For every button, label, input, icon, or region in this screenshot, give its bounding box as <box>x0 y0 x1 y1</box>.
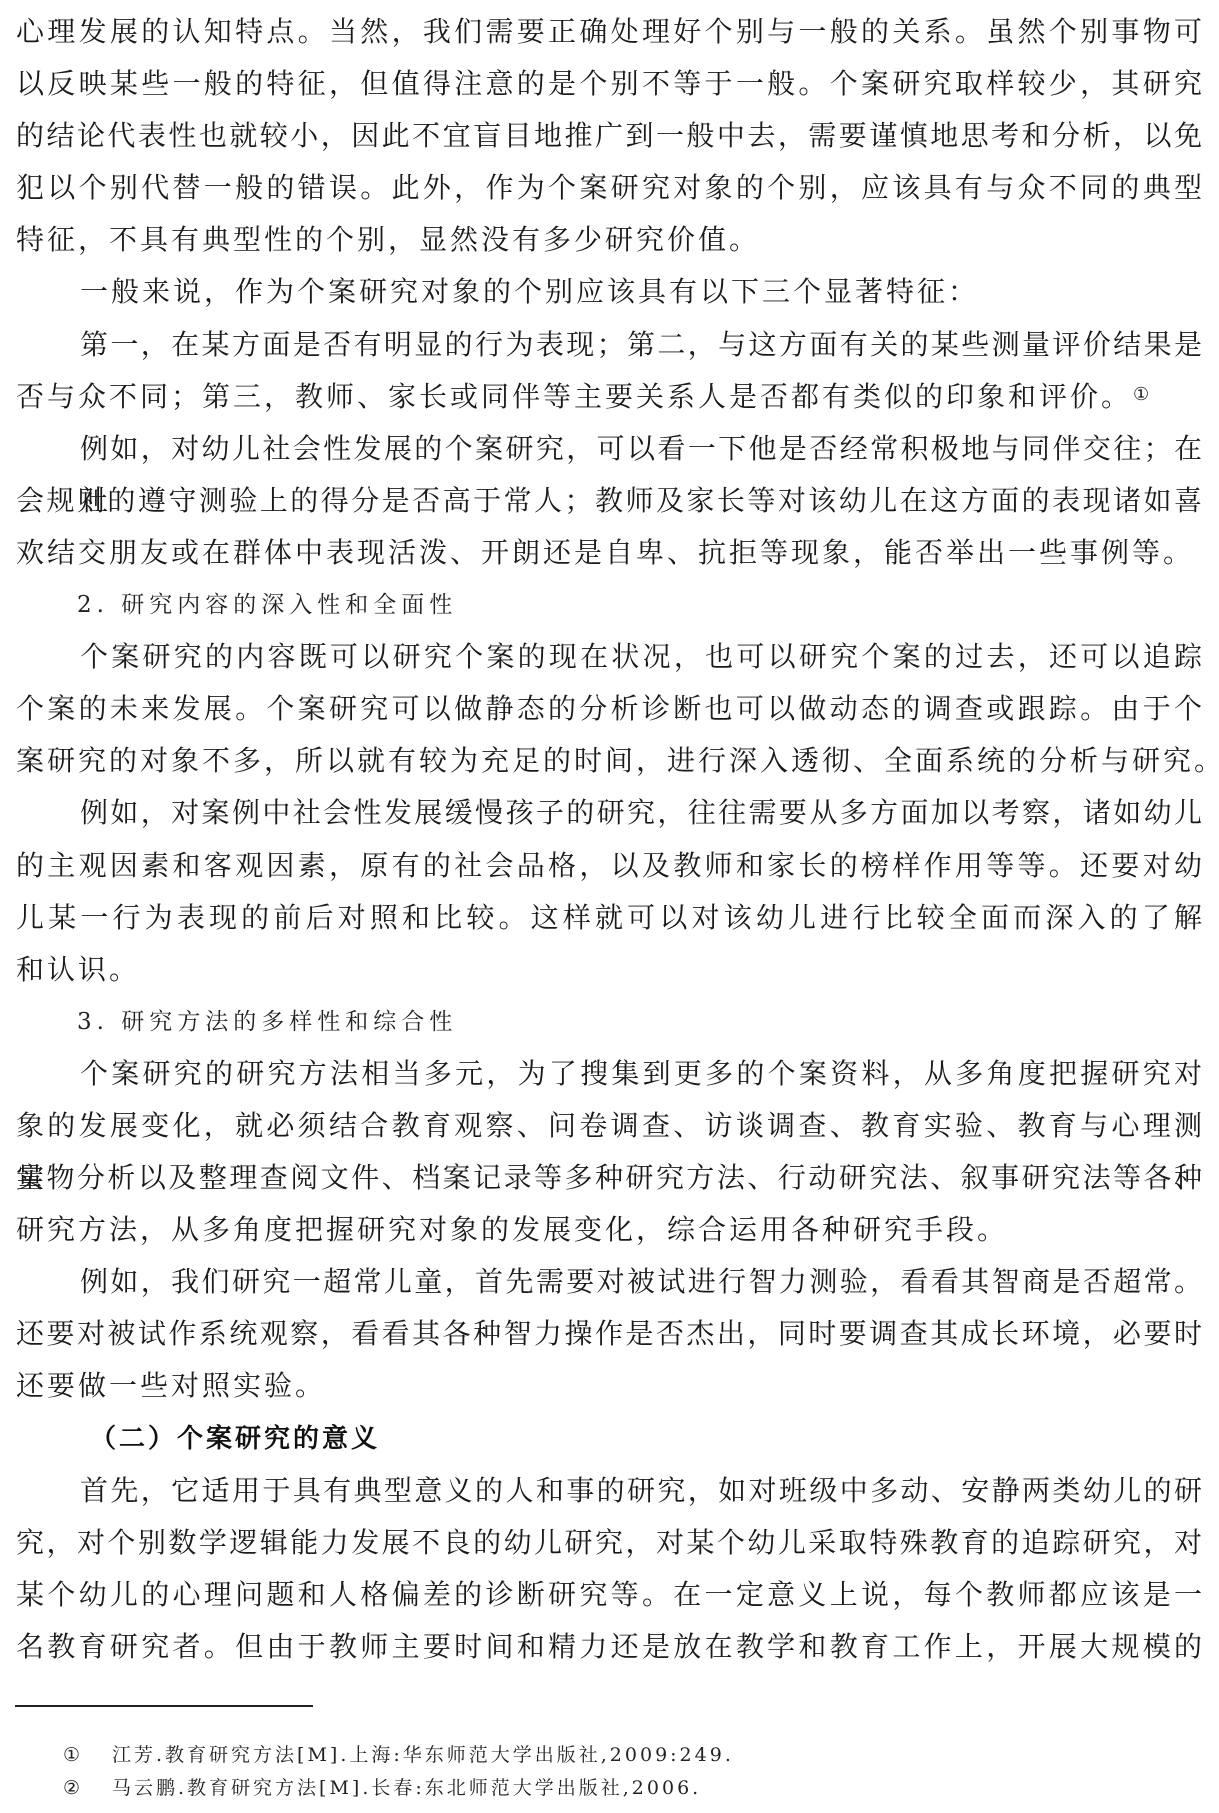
text-line-content: 案研究的对象不多，所以就有较为充足的时间，进行深入透彻、全面系统的分析与研究。 <box>16 744 1219 777</box>
text-line: 会规则的遵守测验上的得分是否高于常人；教师及家长等对该幼儿在这方面的表现诸如喜 <box>16 475 1204 527</box>
paragraph: 心理发展的认知特点。当然，我们需要正确处理好个别与一般的关系。虽然个别事物可 以… <box>16 6 1204 266</box>
paragraph: 一般来说，作为个案研究对象的个别应该具有以下三个显著特征： <box>16 266 1204 318</box>
footnote-1: ① 江芳.教育研究方法[M].上海:华东师范大学出版社,2009:249. <box>0 1740 1219 1770</box>
paragraph: 例如，对案例中社会性发展缓慢孩子的研究，往往需要从多方面加以考察，诸如幼儿 的主… <box>16 787 1204 995</box>
footnote-divider <box>15 1705 313 1707</box>
text-line-content: 否与众不同；第三，教师、家长或同伴等主要关系人是否都有类似的印象和评价。 <box>16 380 1132 413</box>
text-line: 案研究的对象不多，所以就有较为充足的时间，进行深入透彻、全面系统的分析与研究。② <box>16 735 1204 787</box>
footnote-text: 江芳.教育研究方法[M].上海:华东师范大学出版社,2009:249. <box>112 1740 734 1770</box>
text-line: 儿某一行为表现的前后对照和比较。这样就可以对该幼儿进行比较全面而深入的了解 <box>16 892 1204 944</box>
text-line: 心理发展的认知特点。当然，我们需要正确处理好个别与一般的关系。虽然个别事物可 <box>16 6 1204 58</box>
footnote-marker: ① <box>63 1740 80 1770</box>
text-line: 例如，我们研究一超常儿童，首先需要对被试进行智力测验，看看其智商是否超常。 <box>16 1256 1204 1308</box>
text-line: 首先，它适用于具有典型意义的人和事的研究，如对班级中多动、安静两类幼儿的研 <box>16 1465 1204 1517</box>
text-line: 第一，在某方面是否有明显的行为表现；第二，与这方面有关的某些测量评价结果是 <box>16 319 1204 371</box>
text-line: 还要做一些对照实验。 <box>16 1360 1204 1412</box>
paragraph: 首先，它适用于具有典型意义的人和事的研究，如对班级中多动、安静两类幼儿的研 究，… <box>16 1465 1204 1673</box>
subheading: 2. 研究内容的深入性和全面性 <box>16 579 1204 631</box>
text-line: 例如，对幼儿社会性发展的个案研究，可以看一下他是否经常积极地与同伴交往；在社 <box>16 423 1204 475</box>
paragraph: 例如，对幼儿社会性发展的个案研究，可以看一下他是否经常积极地与同伴交往；在社 会… <box>16 423 1204 579</box>
text-line: 和认识。 <box>16 944 1204 996</box>
text-line: 实物分析以及整理查阅文件、档案记录等多种研究方法、行动研究法、叙事研究法等各种 <box>16 1152 1204 1204</box>
footnote-2: ② 马云鹏.教育研究方法[M].长春:东北师范大学出版社,2006. <box>0 1773 1219 1803</box>
text-line: 名教育研究者。但由于教师主要时间和精力还是放在教学和教育工作上，开展大规模的 <box>16 1621 1204 1673</box>
text-line: 个案研究的内容既可以研究个案的现在状况，也可以研究个案的过去，还可以追踪 <box>16 631 1204 683</box>
paragraph: 个案研究的研究方法相当多元，为了搜集到更多的个案资料，从多角度把握研究对 象的发… <box>16 1048 1204 1256</box>
paragraph: 例如，我们研究一超常儿童，首先需要对被试进行智力测验，看看其智商是否超常。 还要… <box>16 1256 1204 1412</box>
document-page: 心理发展的认知特点。当然，我们需要正确处理好个别与一般的关系。虽然个别事物可 以… <box>0 0 1219 1813</box>
text-line: 研究方法，从多角度把握研究对象的发展变化，综合运用各种研究手段。 <box>16 1204 1204 1256</box>
subheading: 3. 研究方法的多样性和综合性 <box>16 996 1204 1048</box>
text-line: 特征，不具有典型性的个别，显然没有多少研究价值。 <box>16 214 1204 266</box>
text-line: 否与众不同；第三，教师、家长或同伴等主要关系人是否都有类似的印象和评价。① <box>16 371 1204 423</box>
text-line: 的主观因素和客观因素，原有的社会品格，以及教师和家长的榜样作用等等。还要对幼 <box>16 840 1204 892</box>
text-line: 的结论代表性也就较小，因此不宜盲目地推广到一般中去，需要谨慎地思考和分析，以免 <box>16 110 1204 162</box>
text-line: 究，对个别数学逻辑能力发展不良的幼儿研究，对某个幼儿采取特殊教育的追踪研究，对 <box>16 1517 1204 1569</box>
body-text: 心理发展的认知特点。当然，我们需要正确处理好个别与一般的关系。虽然个别事物可 以… <box>16 6 1204 1673</box>
text-line: 某个幼儿的心理问题和人格偏差的诊断研究等。在一定意义上说，每个教师都应该是一 <box>16 1569 1204 1621</box>
paragraph: 个案研究的内容既可以研究个案的现在状况，也可以研究个案的过去，还可以追踪 个案的… <box>16 631 1204 787</box>
text-line: 个案的未来发展。个案研究可以做静态的分析诊断也可以做动态的调查或跟踪。由于个 <box>16 683 1204 735</box>
footnote-text: 马云鹏.教育研究方法[M].长春:东北师范大学出版社,2006. <box>112 1773 701 1803</box>
footnote-ref-1: ① <box>1133 384 1149 405</box>
section-heading: （二）个案研究的意义 <box>16 1413 1204 1465</box>
text-line: 个案研究的研究方法相当多元，为了搜集到更多的个案资料，从多角度把握研究对 <box>16 1048 1204 1100</box>
text-line: 象的发展变化，就必须结合教育观察、问卷调查、访谈调查、教育实验、教育与心理测量、 <box>16 1100 1204 1152</box>
text-line: 还要对被试作系统观察，看看其各种智力操作是否杰出，同时要调查其成长环境，必要时 <box>16 1308 1204 1360</box>
paragraph: 第一，在某方面是否有明显的行为表现；第二，与这方面有关的某些测量评价结果是 否与… <box>16 319 1204 423</box>
text-line: 犯以个别代替一般的错误。此外，作为个案研究对象的个别，应该具有与众不同的典型 <box>16 162 1204 214</box>
text-line: 一般来说，作为个案研究对象的个别应该具有以下三个显著特征： <box>16 266 1204 318</box>
text-line: 例如，对案例中社会性发展缓慢孩子的研究，往往需要从多方面加以考察，诸如幼儿 <box>16 787 1204 839</box>
text-line: 以反映某些一般的特征，但值得注意的是个别不等于一般。个案研究取样较少，其研究 <box>16 58 1204 110</box>
footnote-marker: ② <box>63 1773 80 1803</box>
text-line: 欢结交朋友或在群体中表现活泼、开朗还是自卑、抗拒等现象，能否举出一些事例等。 <box>16 527 1204 579</box>
